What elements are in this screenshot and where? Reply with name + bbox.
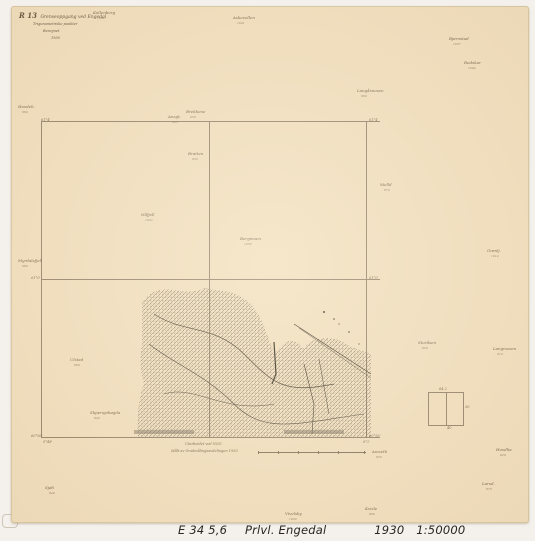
trig-point: Skjærsjøhøgda840: [90, 411, 120, 420]
index-inset: 64.2 30 40: [428, 392, 464, 426]
coord-bottom-left-lon: 5°48': [43, 440, 52, 444]
trig-point: Storåsen820: [418, 341, 436, 350]
trig-point: Melld870: [380, 183, 392, 192]
trig-point: Kollenberg1060: [93, 11, 115, 20]
sheet-year: 1930: [374, 523, 404, 537]
inset-right-label: 30: [465, 405, 469, 409]
trig-point: Brekkene959: [186, 110, 205, 119]
coord-bottom-left: 60°56': [31, 434, 43, 438]
map-footer-line1: Utarbeidet ved NGO: [185, 442, 222, 446]
frame-middle-line: [41, 279, 380, 280]
scale-bar: [258, 452, 366, 455]
coord-middle-left: 61°0': [31, 276, 40, 280]
frame-left-line: [41, 121, 42, 437]
trig-point: Nåfjell1022: [141, 213, 155, 222]
trig-point: Myrdalsfjell980: [18, 259, 42, 268]
trig-point: Bergmoen1050: [240, 237, 261, 246]
trig-point: Sjøli840: [45, 486, 55, 495]
frame-bottom-line: [41, 437, 380, 438]
inset-divider: [446, 393, 447, 425]
sheet-caption: E 34 5,6 Prlvl. Engedal 1930 1:50000: [178, 523, 479, 537]
trig-point: Bjørnstad1037: [449, 37, 469, 46]
trig-point: Langåsnosen960: [357, 89, 384, 98]
trig-point: Rudskar1004: [464, 61, 481, 70]
coord-middle-right: 61°0': [369, 276, 378, 280]
trig-point: Langmosen910: [493, 347, 516, 356]
trig-point: Ulstad889: [70, 358, 83, 367]
inset-bottom-label: 40: [447, 426, 451, 430]
trig-point: Bratten930: [188, 152, 203, 161]
trig-point: Larsd.870: [482, 482, 495, 491]
trig-point: Askevollen1041: [233, 16, 255, 25]
trig-point: Vivelsby1020: [285, 512, 302, 521]
inset-label: 64.2: [439, 387, 447, 391]
trig-point: Hovdeh.960: [18, 105, 35, 114]
coord-top-right: 61°4': [369, 118, 378, 122]
trig-point: Hovdlia920: [496, 448, 512, 457]
sheet-title: Prlvl. Engedal: [245, 523, 326, 537]
sheet-id: E 34 5,6: [178, 523, 227, 537]
sheet-ref: R 13: [19, 11, 37, 20]
sheet-scale: 1:50000: [416, 523, 465, 537]
trig-point: Ansgt.905: [168, 115, 181, 124]
surveyed-terrain-map: [134, 284, 371, 437]
map-sheet: R 13 Grenseoppgang ved Engedal Trigonome…: [11, 6, 529, 523]
trig-point: Grønlj.1014: [487, 249, 501, 258]
coord-bottom-right-lon: 6°2': [363, 440, 370, 444]
coord-top-left: 61°4': [41, 118, 50, 122]
frame-top-line: [41, 121, 380, 122]
map-footer-line2: Målt av Gradmålingsavdelingen 1930: [171, 449, 238, 453]
trig-point: Amseth850: [372, 450, 387, 459]
trig-point: Kvisle860: [365, 507, 377, 516]
